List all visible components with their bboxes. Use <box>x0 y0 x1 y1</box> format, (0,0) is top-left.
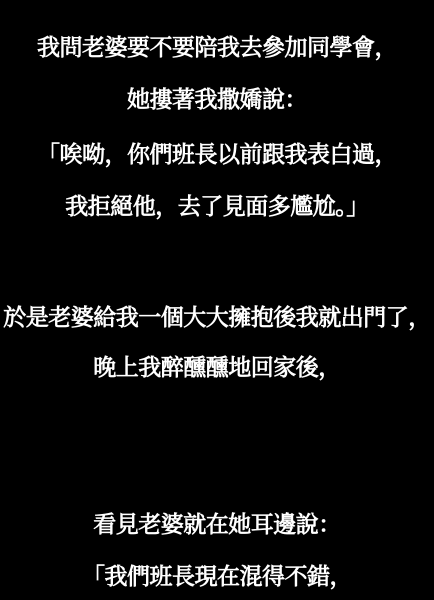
text-line-6: 晚上我醉醺醺地回家後， <box>0 353 434 383</box>
text-line-4: 我拒絕他，去了見面多尷尬。」 <box>0 192 434 222</box>
text-line-3: 「唉呦，你們班長以前跟我表白過， <box>0 140 434 170</box>
text-line-1: 我問老婆要不要陪我去參加同學會， <box>0 33 434 63</box>
text-line-8: 「我們班長現在混得不錯， <box>0 562 434 592</box>
text-line-5: 於是老婆給我一個大大擁抱後我就出門了， <box>0 303 434 333</box>
text-line-2: 她摟著我撒嬌說： <box>0 85 434 115</box>
text-line-7: 看見老婆就在她耳邊說： <box>0 510 434 540</box>
